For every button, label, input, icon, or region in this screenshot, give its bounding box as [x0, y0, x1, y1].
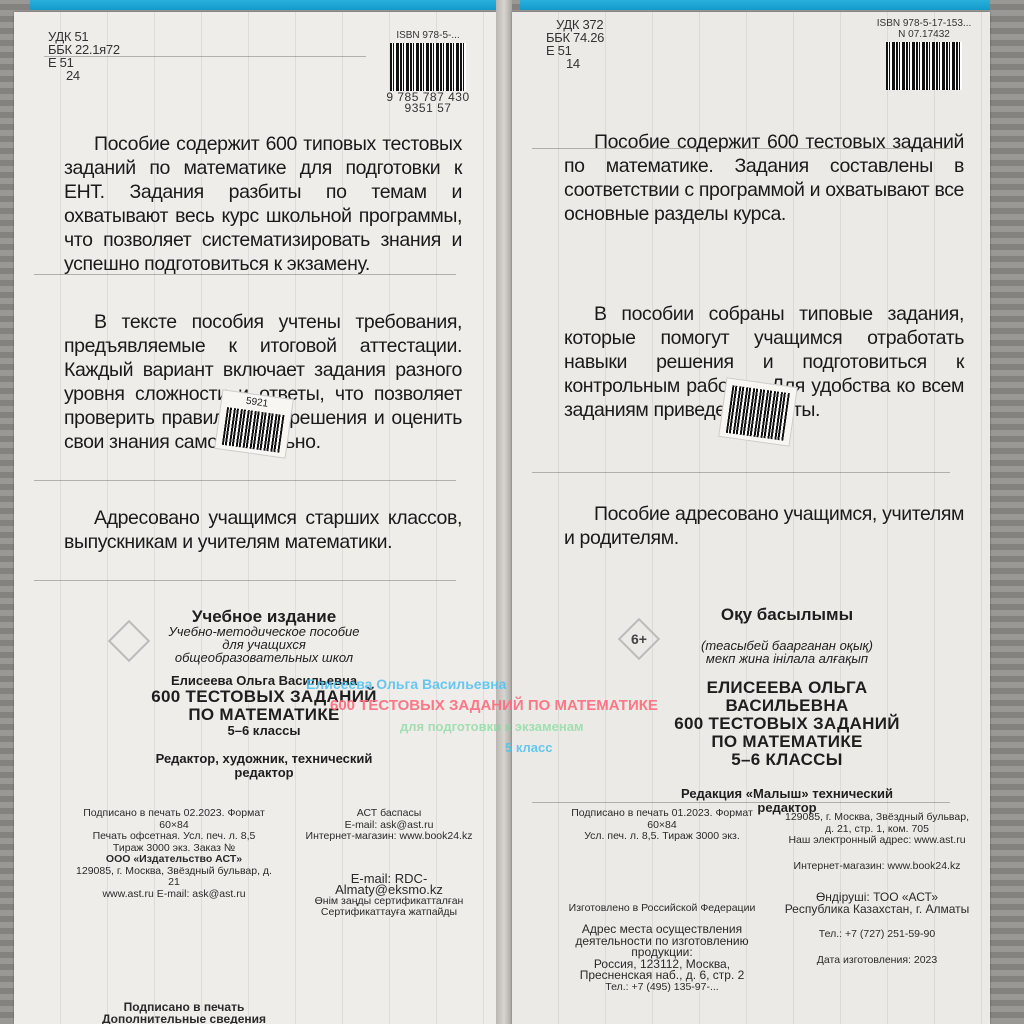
imprint-left-column: Подписано в печать 01.2023. Формат 60×84…	[562, 808, 762, 993]
imprint-title: ПО МАТЕМАТИКЕ	[662, 733, 912, 751]
imprint-grade: 5–6 классы	[144, 724, 384, 738]
annotation-paragraph-3: Пособие адресовано учащимся, учителям и …	[564, 502, 964, 550]
annotation-paragraph-1: Пособие содержит 600 тестовых заданий по…	[564, 130, 964, 226]
isbn-number: 9 785 787 430 9351 57	[378, 92, 478, 114]
udk-block: УДК 372 ББК 74.26 Е 51 14	[546, 18, 604, 70]
udk-line: Е 51	[48, 56, 120, 69]
isbn-block: ISBN 978-5-17-153... N 07.17432	[872, 18, 976, 91]
barcode-icon	[222, 407, 285, 453]
udk-block: УДК 51 ББК 22.1я72 Е 51 24	[48, 30, 120, 82]
overlay-subtitle: для подготовки к экзаменам	[400, 719, 584, 734]
annotation-paragraph-1: Пособие содержит 600 типовых тестовых за…	[64, 132, 462, 276]
age-rating-badge	[110, 622, 148, 660]
divider	[532, 472, 950, 473]
divider	[34, 480, 456, 481]
divider	[532, 148, 950, 149]
age-rating: 6+	[631, 631, 647, 647]
imprint-right-column: 129085, г. Москва, Звёздный бульвар, д. …	[782, 812, 972, 966]
right-page: УДК 372 ББК 74.26 Е 51 14 ISBN 978-5-17-…	[512, 12, 990, 1024]
imprint-bottom: Подписано в печать Дополнительные сведен…	[84, 1002, 284, 1024]
imprint-series: Учебное издание	[144, 608, 384, 625]
barcode-icon	[886, 42, 962, 90]
cover-strip-left	[30, 0, 510, 10]
overlay-title: 600 ТЕСТОВЫХ ЗАДАНИЙ ПО МАТЕМАТИКЕ	[330, 697, 658, 714]
age-rating-badge: 6+	[620, 620, 658, 658]
divider	[34, 274, 456, 275]
imprint-subtitle: общеобразовательных школ	[144, 651, 384, 664]
annotation-paragraph-3: Адресовано учащимся старших классов, вып…	[64, 506, 462, 554]
overlay-author: Елисеева Ольга Васильевна	[306, 676, 506, 692]
divider	[532, 802, 950, 803]
imprint-left-column: Подписано в печать 02.2023. Формат 60×84…	[74, 808, 274, 900]
imprint-title: 5–6 КЛАССЫ	[662, 751, 912, 769]
imprint-publisher: Редактор, художник, технический редактор	[144, 752, 384, 780]
udk-line: 24	[48, 69, 120, 82]
barcode-icon	[390, 43, 466, 91]
isbn-number: N 07.17432	[872, 29, 976, 40]
cover-strip-right	[520, 0, 990, 10]
imprint-series: Оқу басылымы	[662, 606, 912, 623]
imprint-title-block: Учебное издание Учебно-методическое посо…	[144, 608, 384, 780]
isbn-label: ISBN 978-5-...	[378, 30, 478, 41]
barcode-sticker	[718, 377, 798, 446]
imprint-title: 600 ТЕСТОВЫХ ЗАДАНИЙ	[662, 715, 912, 733]
udk-line: 14	[546, 57, 604, 70]
imprint-subtitle: мекп жина інілала алғақып	[662, 652, 912, 665]
isbn-block: ISBN 978-5-... 9 785 787 430 9351 57	[378, 30, 478, 114]
barcode-icon	[726, 385, 790, 441]
divider	[34, 580, 456, 581]
isbn-label: ISBN 978-5-17-153...	[872, 18, 976, 29]
overlay-grade: 5 класс	[505, 740, 552, 755]
barcode-sticker: 5921	[214, 389, 294, 458]
left-page: УДК 51 ББК 22.1я72 Е 51 24 ISBN 978-5-..…	[14, 12, 496, 1024]
book-spine	[496, 0, 512, 1024]
imprint-right-column: АСТ баспасы E-mail: ask@ast.ru Интернет-…	[304, 808, 474, 919]
imprint-title: ЕЛИСЕЕВА ОЛЬГА ВАСИЛЬЕВНА	[662, 679, 912, 715]
imprint-title-block: Оқу басылымы (теасыбей баарганан оқық) м…	[662, 606, 912, 815]
